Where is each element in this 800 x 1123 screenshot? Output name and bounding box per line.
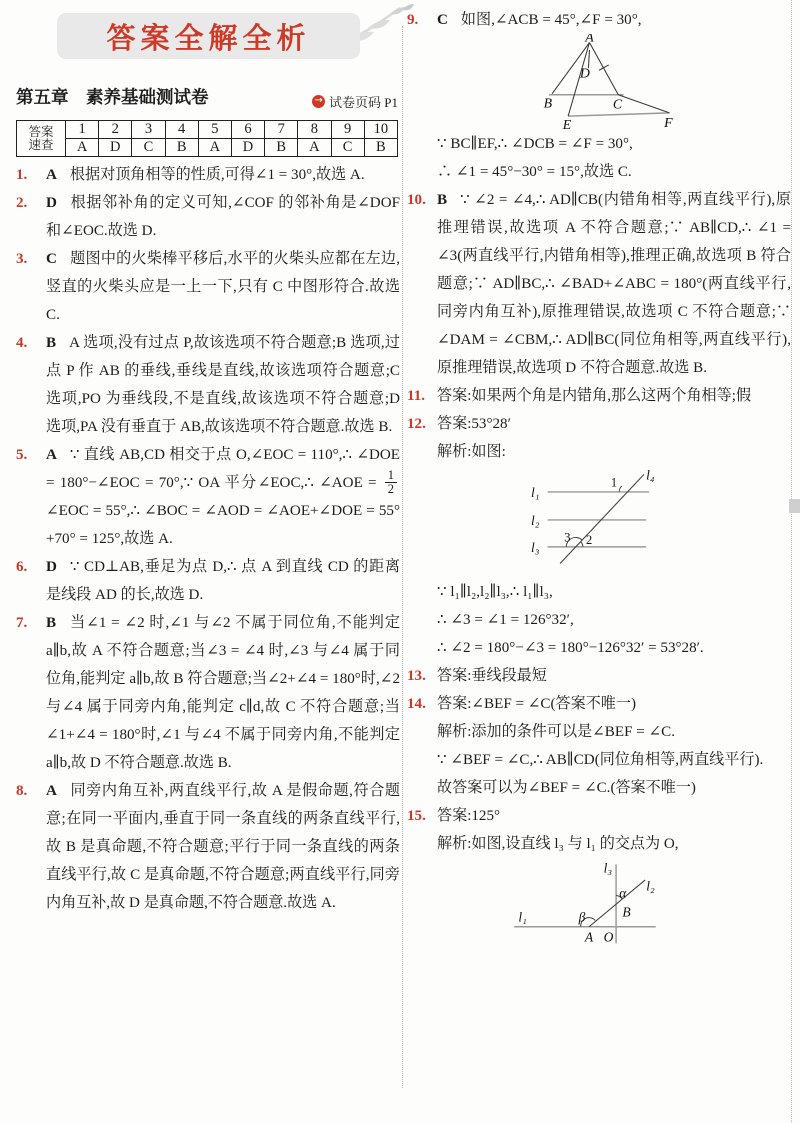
answer-item-14: 14. 答案:∠BEF = ∠C(答案不唯一) 解析:添加的条件可以是∠BEF … xyxy=(407,690,791,802)
answer-paragraph: C如图,∠ACB = 45°,∠F = 30°, xyxy=(437,6,791,34)
right-column: 9. C如图,∠ACB = 45°,∠F = 30°, A B C D E xyxy=(407,6,791,958)
figure-label-A: A xyxy=(584,929,594,944)
answer-text: 解析:如图: xyxy=(437,444,506,460)
figure-triangle-bcef: A B C D E F xyxy=(437,34,791,130)
answer-paragraph: 答案:垂线段最短 xyxy=(437,662,791,690)
figure-angle-alpha: α xyxy=(619,886,627,901)
figure-label-l4: l₄ xyxy=(646,467,655,482)
answer-letter-cell: A xyxy=(298,139,331,157)
item-number: 2. xyxy=(16,189,45,217)
figure-label-l2: l₂ xyxy=(646,878,655,893)
question-number: 5 xyxy=(198,121,231,139)
answer-letter: A xyxy=(46,167,57,183)
page: 答案全解全析 第五章 素养基础测试卷 → 试卷页码 P1 答案 速查 1 2 3… xyxy=(0,0,800,1123)
left-column: 1. A根据对顶角相等的性质,可得∠1 = 30°,故选 A. 2. D根据邻补… xyxy=(16,161,400,917)
item-number: 11. xyxy=(407,382,436,410)
answer-item-13: 13. 答案:垂线段最短 xyxy=(407,662,791,690)
answer-item-11: 11. 答案:如果两个角是内错角,那么这两个角相等;假 xyxy=(407,382,791,410)
answer-item-4: 4. BA 选项,没有过点 P,故该选项不符合题意;B 选项,过点 P 作 AB… xyxy=(16,329,400,441)
answer-letter: C xyxy=(437,12,448,28)
answer-letter-cell: D xyxy=(231,139,264,157)
answer-item-2: 2. D根据邻补角的定义可知,∠COF 的邻补角是∠DOF 和∠EOC.故选 D… xyxy=(16,189,400,245)
answer-paragraph: A根据对顶角相等的性质,可得∠1 = 30°,故选 A. xyxy=(46,161,400,189)
answer-text: 答案:如果两个角是内错角,那么这两个角相等;假 xyxy=(437,388,751,404)
answer-paragraph: 解析:添加的条件可以是∠BEF = ∠C. xyxy=(437,718,791,746)
answer-text: 根据对顶角相等的性质,可得∠1 = 30°,故选 A. xyxy=(70,167,365,183)
exam-page-ref-label: 试卷页码 P1 xyxy=(329,92,398,111)
answer-paragraph: 答案:∠BEF = ∠C(答案不唯一) xyxy=(437,690,791,718)
answer-paragraph: A∵ 直线 AB,CD 相交于点 O,∠EOC = 110°,∴ ∠DOE = … xyxy=(46,441,400,553)
answer-letter: A xyxy=(46,447,57,463)
answer-text: 根据邻补角的定义可知,∠COF 的邻补角是∠DOF 和∠EOC.故选 D. xyxy=(46,195,400,239)
page-title: 答案全解全析 xyxy=(106,16,310,57)
answer-text: ∵ l₁∥l₂,l₂∥l₃,∴ l₁∥l₃, xyxy=(437,584,553,600)
question-number: 8 xyxy=(298,121,331,139)
answer-text: 故答案可以为∠BEF = ∠C.(答案不唯一) xyxy=(437,780,696,796)
figure-label-C: C xyxy=(613,97,623,112)
answer-letter-cell: A xyxy=(198,139,231,157)
answer-paragraph: ∵ l₁∥l₂,l₂∥l₃,∴ l₁∥l₃, xyxy=(437,578,791,606)
answer-paragraph: 解析:如图,设直线 l₃ 与 l₁ 的交点为 O, xyxy=(437,830,791,858)
answer-paragraph: ∵ BC∥EF,∴ ∠DCB = ∠F = 30°, xyxy=(437,130,791,158)
answer-paragraph: ∵ ∠BEF = ∠C,∴ AB∥CD(同位角相等,两直线平行). xyxy=(437,746,791,774)
answer-text: ∵ ∠BEF = ∠C,∴ AB∥CD(同位角相等,两直线平行). xyxy=(437,752,763,768)
answer-paragraph: 故答案可以为∠BEF = ∠C.(答案不唯一) xyxy=(437,774,791,802)
fraction-denominator: 2 xyxy=(385,483,397,496)
answer-letter-cell: B xyxy=(165,139,198,157)
answer-letter-cell: B xyxy=(265,139,298,157)
answer-letter: D xyxy=(46,559,57,575)
answer-letter: A xyxy=(46,783,57,799)
item-number: 5. xyxy=(16,441,45,469)
answer-item-8: 8. A同旁内角互补,两直线平行,故 A 是假命题,符合题意;在同一平面内,垂直… xyxy=(16,777,400,917)
item-number: 3. xyxy=(16,245,45,273)
answer-item-3: 3. C题图中的火柴棒平移后,水平的火柴头应都在左边,竖直的火柴头应是一上一下,… xyxy=(16,245,400,329)
answer-text: 解析:如图,设直线 l₃ 与 l₁ 的交点为 O, xyxy=(437,836,679,852)
answer-text: 解析:添加的条件可以是∠BEF = ∠C. xyxy=(437,724,675,740)
fraction-numerator: 1 xyxy=(385,469,397,483)
answer-item-12: 12. 答案:53°28′ 解析:如图: l₁ l₂ l₃ l₄ 1 xyxy=(407,410,791,662)
question-number: 10 xyxy=(364,121,397,139)
answer-text: 如图,∠ACB = 45°,∠F = 30°, xyxy=(461,12,642,28)
question-number: 4 xyxy=(165,121,198,139)
answer-paragraph: ∴ ∠1 = 45°−30° = 15°,故选 C. xyxy=(437,158,791,186)
answer-text: 题图中的火柴棒平移后,水平的火柴头应都在左边,竖直的火柴头应是一上一下,只有 C… xyxy=(46,251,400,323)
answer-paragraph: ∴ ∠3 = ∠1 = 126°32′, xyxy=(437,606,791,634)
answer-text: ∴ ∠1 = 45°−30° = 15°,故选 C. xyxy=(437,164,632,180)
figure-angle-beta: β xyxy=(578,910,586,925)
answer-paragraph: C题图中的火柴棒平移后,水平的火柴头应都在左边,竖直的火柴头应是一上一下,只有 … xyxy=(46,245,400,329)
figure-angle-2: 2 xyxy=(586,533,592,547)
figure-label-l2: l₂ xyxy=(531,513,540,528)
answer-item-10: 10. B∵ ∠2 = ∠4,∴ AD∥CB(内错角相等,两直线平行),原推理错… xyxy=(407,186,791,382)
answer-text: 答案:53°28′ xyxy=(437,416,511,432)
column-divider xyxy=(402,26,403,1088)
figure-label-E: E xyxy=(562,117,572,130)
answer-text: 答案:∠BEF = ∠C(答案不唯一) xyxy=(437,696,636,712)
question-number: 7 xyxy=(265,121,298,139)
table-row-header: 答案 速查 xyxy=(17,121,66,157)
item-number: 15. xyxy=(407,802,436,830)
section-title: 第五章 素养基础测试卷 xyxy=(16,84,209,109)
figure-label-A: A xyxy=(584,34,594,44)
item-number: 10. xyxy=(407,186,436,214)
answer-text: ∵ 直线 AB,CD 相交于点 O,∠EOC = 110°,∴ ∠DOE = 1… xyxy=(46,447,400,491)
answer-letter-cell: D xyxy=(99,139,132,157)
answer-paragraph: ∴ ∠2 = 180°−∠3 = 180°−126°32′ = 53°28′. xyxy=(437,634,791,662)
answer-item-7: 7. B当∠1 = ∠2 时,∠1 与∠2 不属于同位角,不能判定 a∥b,故 … xyxy=(16,609,400,777)
answer-text: ∵ CD⊥AB,垂足为点 D,∴ 点 A 到直线 CD 的距离是线段 AD 的长… xyxy=(46,559,400,603)
figure-label-B: B xyxy=(622,904,630,919)
figure-label-l1: l₁ xyxy=(531,485,539,500)
item-number: 13. xyxy=(407,662,436,690)
answer-text: ∴ ∠2 = 180°−∠3 = 180°−126°32′ = 53°28′. xyxy=(437,640,704,656)
figure-label-l3: l₃ xyxy=(531,540,540,555)
page-edge-line xyxy=(791,0,792,1123)
answer-text: 答案:垂线段最短 xyxy=(437,668,547,684)
answer-letter: C xyxy=(46,251,57,267)
answer-letter: B xyxy=(437,192,447,208)
answer-letter-cell: C xyxy=(132,139,165,157)
answer-letter-cell: A xyxy=(66,139,99,157)
question-number: 1 xyxy=(66,121,99,139)
answer-text: 当∠1 = ∠2 时,∠1 与∠2 不属于同位角,不能判定 a∥b,故 A 不符… xyxy=(46,615,400,771)
question-number: 9 xyxy=(331,121,364,139)
answer-text: 答案:125° xyxy=(437,808,500,824)
item-number: 14. xyxy=(407,690,436,718)
answer-letter-cell: C xyxy=(331,139,364,157)
answer-paragraph: D∵ CD⊥AB,垂足为点 D,∴ 点 A 到直线 CD 的距离是线段 AD 的… xyxy=(46,553,400,609)
table-row: 答案 速查 1 2 3 4 5 6 7 8 9 10 xyxy=(17,121,398,139)
table-row: A D C B A D B A C B xyxy=(17,139,398,157)
answer-text: ∵ ∠2 = ∠4,∴ AD∥CB(内错角相等,两直线平行),原推理错误,故选项… xyxy=(437,192,791,376)
answer-paragraph: 答案:53°28′ xyxy=(437,410,791,438)
arrow-circle-icon: → xyxy=(312,95,325,108)
answer-letter: B xyxy=(46,335,56,351)
answer-paragraph: 解析:如图: xyxy=(437,438,791,466)
answer-item-1: 1. A根据对顶角相等的性质,可得∠1 = 30°,故选 A. xyxy=(16,161,400,189)
answer-text: ∠EOC = 55°,∴ ∠BOC = ∠AOD = ∠AOE+∠DOE = 5… xyxy=(46,503,400,547)
answer-item-9: 9. C如图,∠ACB = 45°,∠F = 30°, A B C D E xyxy=(407,6,791,186)
answer-letter: B xyxy=(46,615,56,631)
answer-paragraph: D根据邻补角的定义可知,∠COF 的邻补角是∠DOF 和∠EOC.故选 D. xyxy=(46,189,400,245)
item-number: 12. xyxy=(407,410,436,438)
answer-item-6: 6. D∵ CD⊥AB,垂足为点 D,∴ 点 A 到直线 CD 的距离是线段 A… xyxy=(16,553,400,609)
answer-quick-table: 答案 速查 1 2 3 4 5 6 7 8 9 10 A D C B A D B… xyxy=(16,120,398,157)
item-number: 8. xyxy=(16,777,45,805)
answer-paragraph: 答案:125° xyxy=(437,802,791,830)
page-side-tab xyxy=(789,499,800,513)
item-number: 7. xyxy=(16,609,45,637)
answer-letter-cell: B xyxy=(364,139,397,157)
answer-text: ∵ BC∥EF,∴ ∠DCB = ∠F = 30°, xyxy=(437,136,633,152)
answer-text: 同旁内角互补,两直线平行,故 A 是假命题,符合题意;在同一平面内,垂直于同一条… xyxy=(46,783,400,911)
figure-lines-l1-l2-l3: l₁ l₃ l₂ α B β A O xyxy=(437,858,791,958)
answer-letter: D xyxy=(46,195,57,211)
figure-angle-1: 1 xyxy=(611,476,617,490)
answer-item-15: 15. 答案:125° 解析:如图,设直线 l₃ 与 l₁ 的交点为 O, l₁… xyxy=(407,802,791,958)
question-number: 6 xyxy=(231,121,264,139)
item-number: 4. xyxy=(16,329,45,357)
answer-paragraph: A同旁内角互补,两直线平行,故 A 是假命题,符合题意;在同一平面内,垂直于同一… xyxy=(46,777,400,917)
figure-label-l1: l₁ xyxy=(518,910,526,925)
answer-paragraph: B当∠1 = ∠2 时,∠1 与∠2 不属于同位角,不能判定 a∥b,故 A 不… xyxy=(46,609,400,777)
answer-paragraph: 答案:如果两个角是内错角,那么这两个角相等;假 xyxy=(437,382,791,410)
answer-paragraph: B∵ ∠2 = ∠4,∴ AD∥CB(内错角相等,两直线平行),原推理错误,故选… xyxy=(437,186,791,382)
answer-text: A 选项,没有过点 P,故该选项不符合题意;B 选项,过点 P 作 AB 的垂线… xyxy=(46,335,400,435)
figure-label-l3: l₃ xyxy=(604,861,613,876)
exam-page-ref: → 试卷页码 P1 xyxy=(312,92,398,111)
answer-text: ∴ ∠3 = ∠1 = 126°32′, xyxy=(437,612,574,628)
figure-angle-3: 3 xyxy=(564,531,570,545)
item-number: 6. xyxy=(16,553,45,581)
header-banner: 答案全解全析 xyxy=(57,13,360,59)
answer-item-5: 5. A∵ 直线 AB,CD 相交于点 O,∠EOC = 110°,∴ ∠DOE… xyxy=(16,441,400,553)
figure-label-B: B xyxy=(544,96,553,111)
question-number: 2 xyxy=(99,121,132,139)
answer-paragraph: BA 选项,没有过点 P,故该选项不符合题意;B 选项,过点 P 作 AB 的垂… xyxy=(46,329,400,441)
item-number: 1. xyxy=(16,161,45,189)
figure-label-D: D xyxy=(579,66,590,81)
figure-parallel-lines-l1-l4: l₁ l₂ l₃ l₄ 1 3 2 xyxy=(437,466,791,578)
fraction-one-half: 12 xyxy=(385,469,397,496)
figure-label-F: F xyxy=(663,115,673,130)
figure-label-O: O xyxy=(604,929,614,944)
question-number: 3 xyxy=(132,121,165,139)
